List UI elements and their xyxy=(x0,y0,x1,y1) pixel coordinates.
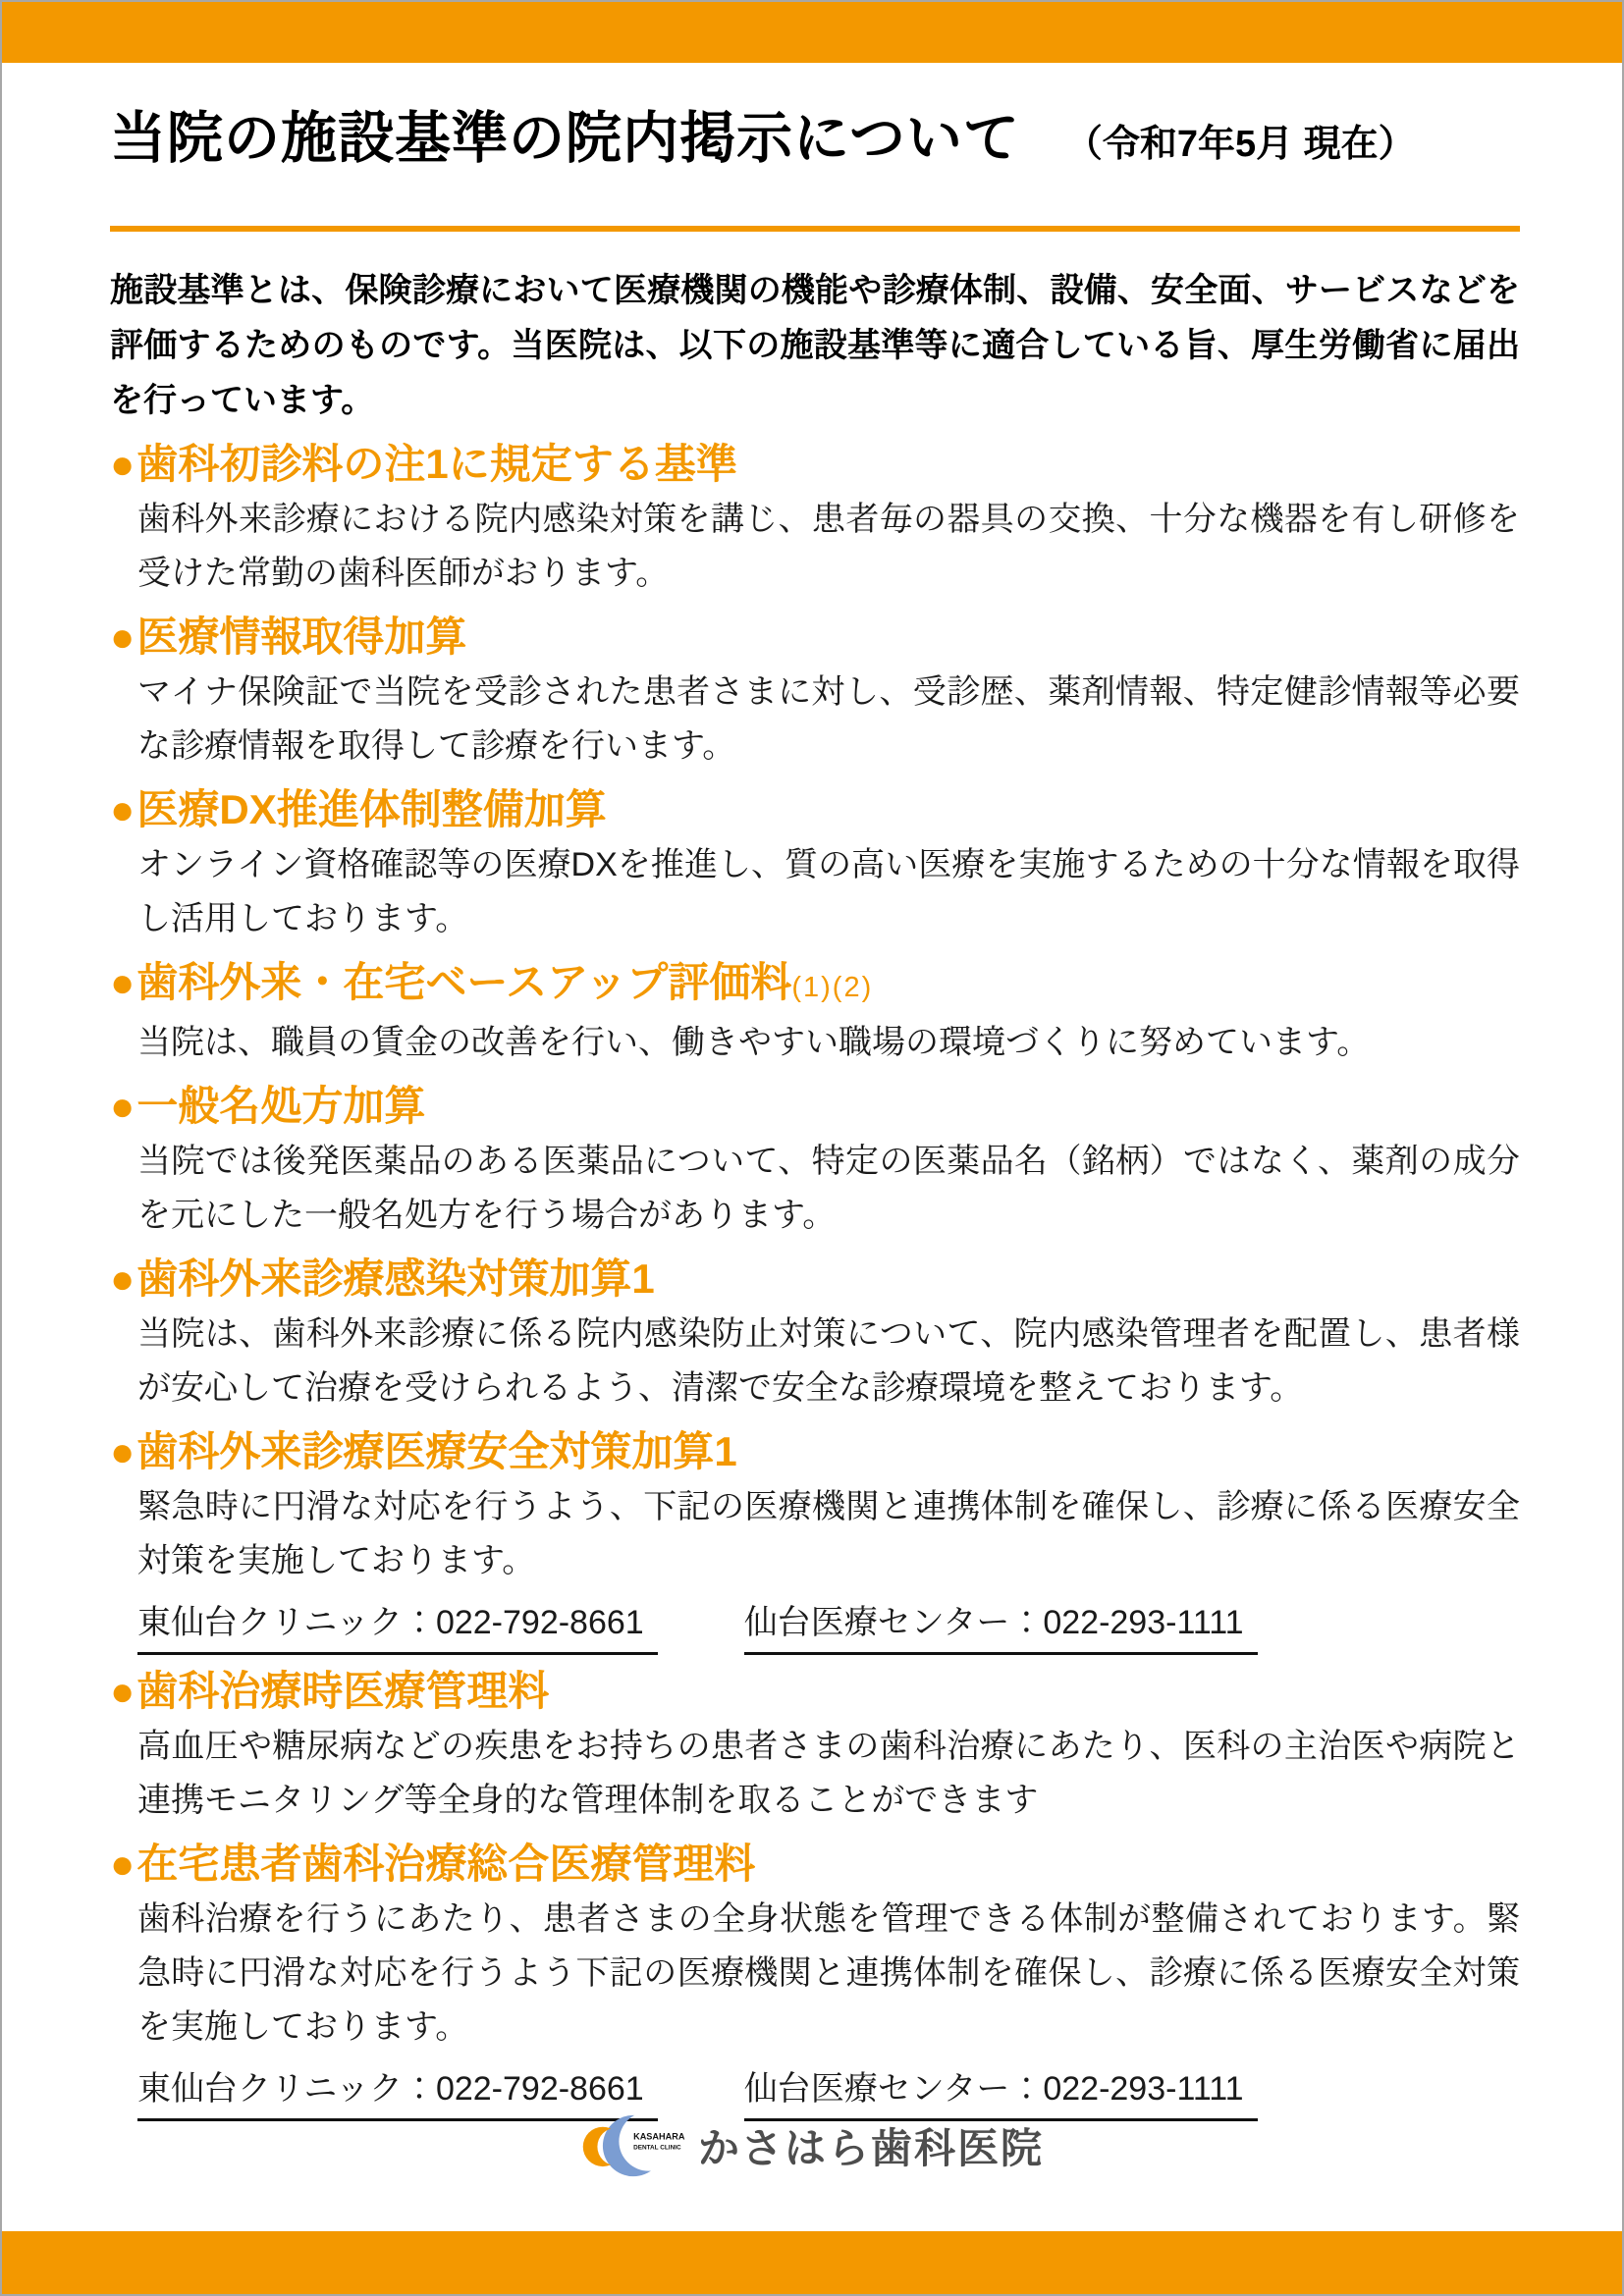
bullet-icon: ● xyxy=(110,1841,135,1887)
facility-standard-section: ●歯科外来診療感染対策加算1 当院は、歯科外来診療に係る院内感染防止対策について… xyxy=(110,1253,1520,1415)
facility-standard-section: ●歯科外来診療医療安全対策加算1 緊急時に円滑な対応を行うよう、下記の医療機関と… xyxy=(110,1425,1520,1655)
section-body: オンライン資格確認等の医療DXを推進し、質の高い医療を実施するための十分な情報を… xyxy=(137,838,1520,946)
section-heading-suffix: (1)(2) xyxy=(791,972,873,1003)
clinic-logo-crescents-icon: KASAHARA DENTAL CLINIC xyxy=(580,2105,688,2187)
section-heading: 一般名処方加算 xyxy=(136,1083,425,1129)
section-body: マイナ保険証で当院を受診された患者さまに対し、受診歴、薬剤情報、特定健診情報等必… xyxy=(137,666,1520,774)
date-note: （令和7年5月 現在） xyxy=(1065,113,1416,175)
section-body: 歯科治療を行うにあたり、患者さまの全身状態を管理できる体制が整備されております。… xyxy=(137,1893,1520,2055)
title-row: 当院の施設基準の院内掲示について （令和7年5月 現在） xyxy=(110,102,1520,175)
section-heading: 在宅患者歯科治療総合医療管理料 xyxy=(136,1841,755,1887)
facility-standard-section: ●在宅患者歯科治療総合医療管理料 歯科治療を行うにあたり、患者さまの全身状態を管… xyxy=(110,1838,1520,2121)
section-heading: 歯科外来診療感染対策加算1 xyxy=(136,1255,654,1302)
logo-subtext-line2: DENTAL CLINIC xyxy=(633,2145,681,2152)
bullet-icon: ● xyxy=(110,614,135,660)
section-body: 緊急時に円滑な対応を行うよう、下記の医療機関と連携体制を確保し、診療に係る医療安… xyxy=(137,1480,1520,1588)
phone-link[interactable]: 東仙台クリニック：022-792-8661 xyxy=(137,1596,658,1655)
bullet-icon: ● xyxy=(110,1668,135,1714)
bullet-icon: ● xyxy=(110,786,135,832)
top-accent-bar xyxy=(2,2,1622,63)
section-links-row: 東仙台クリニック：022-792-8661仙台医療センター：022-293-11… xyxy=(137,1596,1520,1655)
facility-standard-section: ●歯科外来・在宅ベースアップ評価料(1)(2) 当院は、職員の賃金の改善を行い、… xyxy=(110,956,1520,1070)
facility-standard-section: ●歯科初診料の注1に規定する基準 歯科外来診療における院内感染対策を講じ、患者毎… xyxy=(110,438,1520,601)
facility-standard-section: ●医療DX推進体制整備加算 オンライン資格確認等の医療DXを推進し、質の高い医療… xyxy=(110,783,1520,946)
section-heading: 歯科外来診療医療安全対策加算1 xyxy=(136,1428,736,1474)
title-underline-rule xyxy=(110,226,1520,232)
clinic-logo: KASAHARA DENTAL CLINIC かさはら歯科医院 xyxy=(2,2105,1622,2187)
notice-page: 当院の施設基準の院内掲示について （令和7年5月 現在） 施設基準とは、保険診療… xyxy=(0,0,1624,2296)
bullet-icon: ● xyxy=(110,1428,135,1474)
section-heading: 医療情報取得加算 xyxy=(136,614,466,660)
orange-crescent xyxy=(583,2127,623,2166)
section-body: 当院では後発医薬品のある医薬品について、特定の医薬品名（銘柄）ではなく、薬剤の成… xyxy=(137,1135,1520,1243)
bullet-icon: ● xyxy=(110,959,135,1005)
section-heading: 医療DX推進体制整備加算 xyxy=(136,786,606,832)
bullet-icon: ● xyxy=(110,441,135,487)
section-heading: 歯科外来・在宅ベースアップ評価料 xyxy=(136,959,791,1005)
notice-content: 当院の施設基準の院内掲示について （令和7年5月 現在） 施設基準とは、保険診療… xyxy=(110,63,1520,2121)
bullet-icon: ● xyxy=(110,1083,135,1129)
section-body: 高血圧や糖尿病などの疾患をお持ちの患者さまの歯科治療にあたり、医科の主治医や病院… xyxy=(137,1720,1520,1828)
facility-standard-section: ●医療情報取得加算 マイナ保険証で当院を受診された患者さまに対し、受診歴、薬剤情… xyxy=(110,611,1520,774)
facility-standard-section: ●歯科治療時医療管理料 高血圧や糖尿病などの疾患をお持ちの患者さまの歯科治療にあ… xyxy=(110,1665,1520,1828)
facility-standard-section: ●一般名処方加算 当院では後発医薬品のある医薬品について、特定の医薬品名（銘柄）… xyxy=(110,1080,1520,1243)
intro-paragraph: 施設基準とは、保険診療において医療機関の機能や診療体制、設備、安全面、サービスな… xyxy=(110,263,1520,428)
phone-link[interactable]: 仙台医療センター：022-293-1111 xyxy=(744,1596,1258,1655)
bottom-accent-bar xyxy=(2,2231,1622,2294)
page-title: 当院の施設基準の院内掲示について xyxy=(110,102,1020,175)
bullet-icon: ● xyxy=(110,1255,135,1302)
sections-list: ●歯科初診料の注1に規定する基準 歯科外来診療における院内感染対策を講じ、患者毎… xyxy=(110,438,1520,2121)
section-body: 当院は、職員の賃金の改善を行い、働きやすい職場の環境づくりに努めています。 xyxy=(137,1016,1520,1070)
clinic-name: かさはら歯科医院 xyxy=(698,2116,1044,2175)
section-heading: 歯科初診料の注1に規定する基準 xyxy=(136,441,736,487)
section-body: 歯科外来診療における院内感染対策を講じ、患者毎の器具の交換、十分な機器を有し研修… xyxy=(137,493,1520,601)
section-body: 当院は、歯科外来診療に係る院内感染防止対策について、院内感染管理者を配置し、患者… xyxy=(137,1308,1520,1415)
logo-subtext-line1: KASAHARA xyxy=(633,2132,685,2142)
section-heading: 歯科治療時医療管理料 xyxy=(136,1668,549,1714)
